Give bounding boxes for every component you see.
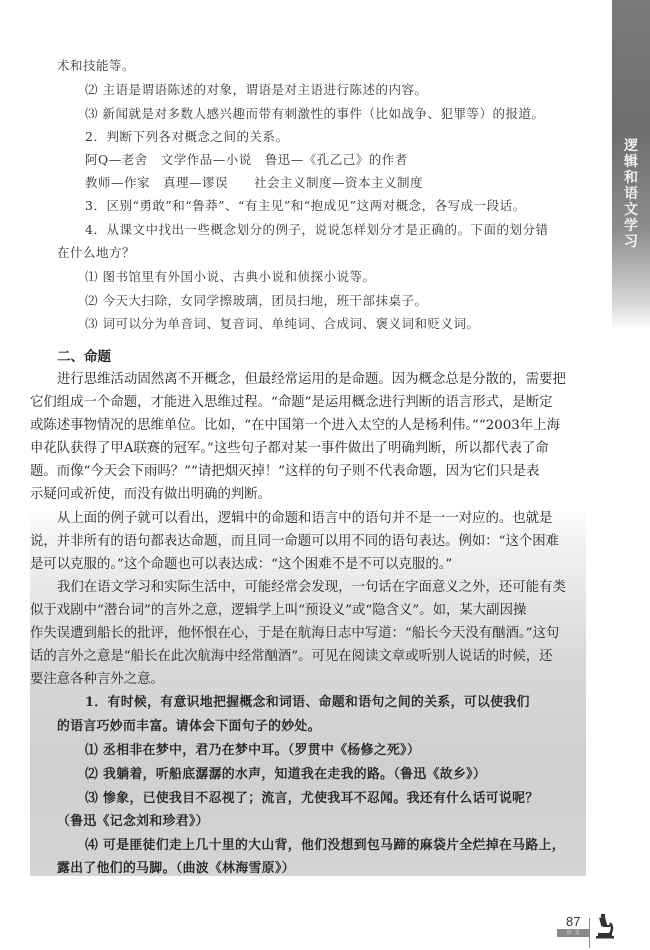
paragraph-line: 或陈述事物情况的思维单位。比如，“在中国第一个进入太空的人是杨利伟。”“2003… (30, 417, 560, 435)
exercise-question: 2．判断下列各对概念之间的关系。 (85, 128, 288, 146)
exercise-item: ⑴ 丞相非在梦中，君乃在梦中耳。（罗贯中《杨修之死》） (85, 742, 420, 760)
exercise-item: ⑷ 可是匪徒们走上几十里的大山背，他们没想到包马蹄的麻袋片全烂掉在马路上， (85, 837, 565, 855)
text-line: 术和技能等。 (57, 57, 135, 75)
exercise-item: ⑵ 我躺着，听船底潺潺的水声，知道我在走我的路。（鲁迅《故乡》） (85, 766, 486, 784)
exercise-question: 1．有时候，有意识地把握概念和词语、命题和语句之间的关系，可以使我们 (85, 694, 530, 712)
exercise-row: 阿Q—老舍 文学作品—小说 鲁迅—《孔乙己》的作者 (85, 151, 408, 169)
paragraph-line: 说，并非所有的语句都表达命题，而且同一命题可以用不同的语句表达。例如：“这个困难 (30, 533, 559, 551)
paragraph-line: 是可以克服的。”这个命题也可以表达成：“这个困难不是不可以克服的。” (30, 556, 452, 574)
microscope-icon (594, 913, 616, 939)
paragraph-line: 进行思维活动固然离不开概念，但最经常运用的是命题。因为概念总是分散的，需要把 (57, 371, 566, 389)
exercise-item: ⑵ 主语是谓语陈述的对象，谓语是对主语进行陈述的内容。 (85, 81, 427, 99)
paragraph-line: 作失误遭到船长的批评，他怀恨在心，于是在航海日志中写道：“船长今天没有酗酒。”这… (30, 625, 559, 643)
paragraph-line: 申花队获得了甲A联赛的冠军。”这些句子都对某一事件做出了明确判断，所以都代表了命 (30, 440, 549, 458)
section-heading: 二、命题 (57, 348, 111, 366)
exercise-item: ⑵ 今天大扫除，女同学擦玻璃，团员扫地，班干部抹桌子。 (85, 292, 427, 310)
subject-label: 语 文 (557, 929, 589, 937)
paragraph-line: 从上面的例子就可以看出，逻辑中的命题和语言中的语句并不是一一对应的。也就是 (57, 510, 552, 528)
exercise-item: ⑶ 词可以分为单音词、复音词、单纯词、合成词、褒义词和贬义词。 (85, 315, 479, 333)
exercise-row: 教师—作家 真理—谬误 社会主义制度—资本主义制度 (85, 174, 423, 192)
paragraph-line: 示疑问或祈使，而没有做出明确的判断。 (30, 486, 271, 504)
paragraph-line: 我们在语文学习和实际生活中，可能经常会发现，一句话在字面意义之外，还可能有类 (57, 579, 566, 597)
exercise-question: 4．从课文中找出一些概念划分的例子，说说怎样划分才是正确的。下面的划分错 (85, 221, 548, 239)
footer-divider (589, 918, 590, 948)
paragraph-line: 话的言外之意是“船长在此次航海中经常酗酒”。可见在阅读文章或听别人说话的时候，还 (30, 648, 553, 666)
exercise-item: ⑶ 新闻就是对多数人感兴趣而带有刺激性的事件（比如战争、犯罪等）的报道。 (85, 105, 544, 123)
exercise-item: ⑴ 图书馆里有外国小说、古典小说和侦探小说等。 (85, 268, 375, 286)
paragraph-line: 要注意各种言外之意。 (30, 671, 164, 689)
exercise-item: ⑶ 惨象，已使我目不忍视了；流言，尤使我耳不忍闻。我还有什么话可说呢？ (85, 790, 539, 808)
exercise-item: （鲁迅《记念刘和珍君》） (57, 813, 209, 831)
side-banner-title: 逻辑和语文学习 (624, 138, 640, 250)
paragraph-line: 题。而像“今天会下雨吗？”“请把烟灭掉！”这样的句子则不代表命题，因为它们只是表 (30, 463, 539, 481)
paragraph-line: 它们组成一个命题，才能进入思维过程。“命题”是运用概念进行判断的语言形式，是断定 (30, 394, 553, 412)
paragraph-line: 似于戏剧中“潜台词”的言外之意，逻辑学上叫“预设义”或“隐含义”。如，某大副因操 (30, 602, 526, 620)
page-number: 87 (566, 914, 580, 929)
exercise-question: 的语言巧妙而丰富。请体会下面句子的妙处。 (57, 718, 321, 736)
exercise-item: 露出了他们的马脚。（曲波《林海雪原》） (57, 860, 295, 878)
exercise-question: 3．区别“勇敢”和“鲁莽”、“有主见”和“抱成见”这两对概念，各写成一段话。 (85, 197, 526, 215)
exercise-question: 在什么地方？ (57, 244, 135, 262)
